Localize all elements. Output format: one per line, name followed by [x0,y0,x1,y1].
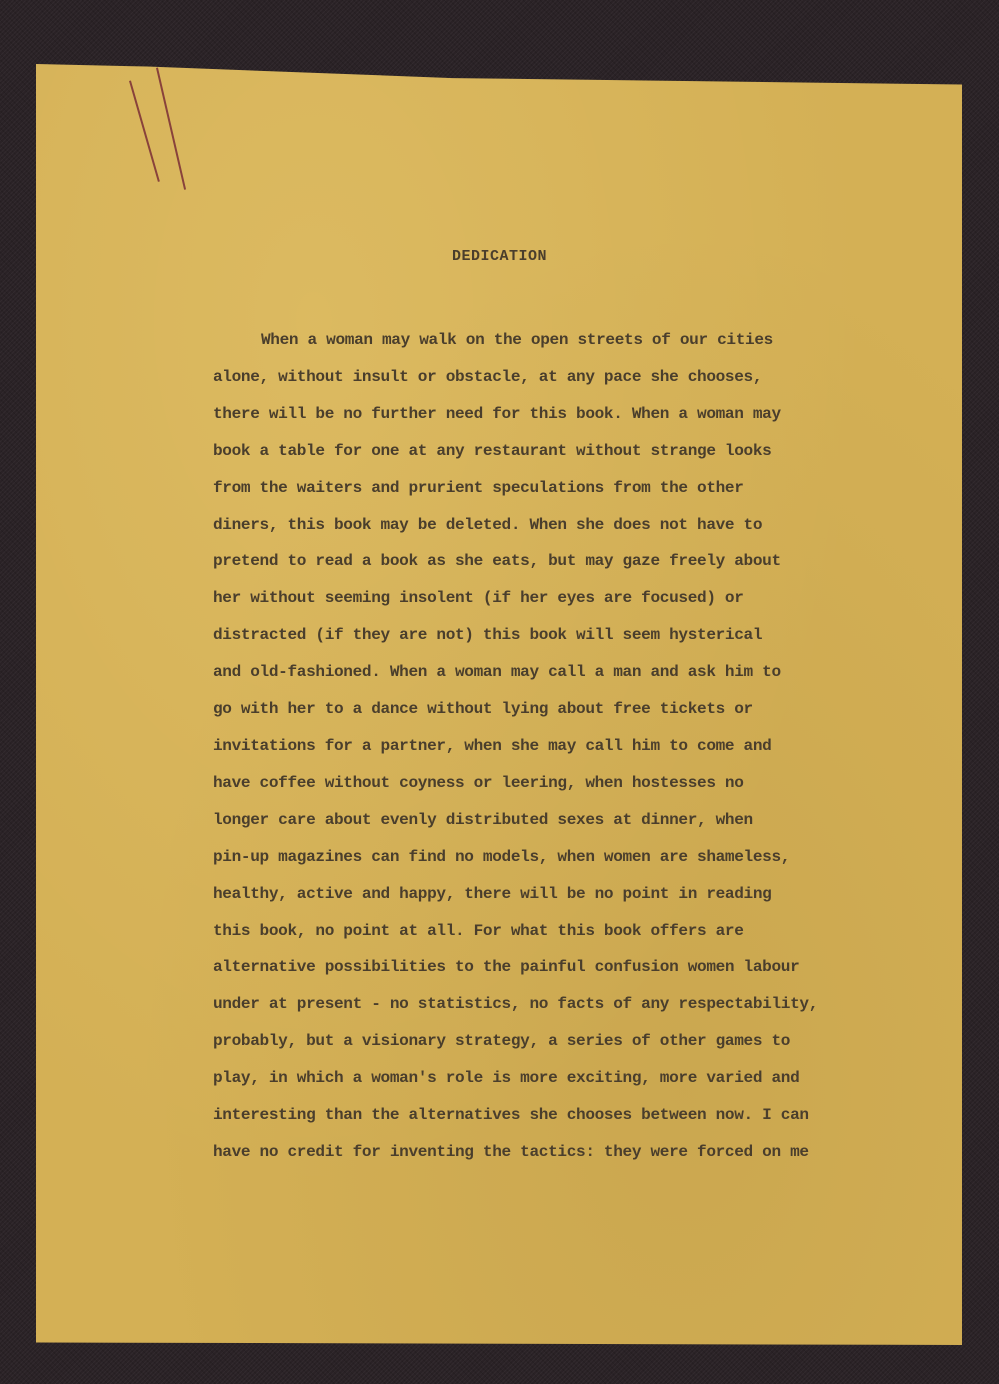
text-line: healthy, active and happy, there will be… [213,876,853,913]
text-line: interesting than the alternatives she ch… [213,1097,853,1134]
text-line: distracted (if they are not) this book w… [213,617,853,654]
text-line: under at present - no statistics, no fac… [213,986,853,1023]
text-line: her without seeming insolent (if her eye… [213,580,853,617]
text-line: from the waiters and prurient speculatio… [213,470,853,507]
text-line: invitations for a partner, when she may … [213,728,853,765]
text-line: play, in which a woman's role is more ex… [213,1060,853,1097]
text-line: have coffee without coyness or leering, … [213,765,853,802]
text-line: have no credit for inventing the tactics… [213,1134,853,1171]
page-title: DEDICATION [0,248,999,265]
text-line: alternative possibilities to the painful… [213,949,853,986]
text-line: diners, this book may be deleted. When s… [213,507,853,544]
dedication-text: When a woman may walk on the open street… [213,322,853,1171]
text-line: there will be no further need for this b… [213,396,853,433]
text-line: pretend to read a book as she eats, but … [213,543,853,580]
text-line: this book, no point at all. For what thi… [213,913,853,950]
text-line: go with her to a dance without lying abo… [213,691,853,728]
text-line: book a table for one at any restaurant w… [213,433,853,470]
text-line: and old-fashioned. When a woman may call… [213,654,853,691]
text-line: pin-up magazines can find no models, whe… [213,839,853,876]
text-line: probably, but a visionary strategy, a se… [213,1023,853,1060]
text-line: When a woman may walk on the open street… [213,322,853,359]
text-line: longer care about evenly distributed sex… [213,802,853,839]
text-line: alone, without insult or obstacle, at an… [213,359,853,396]
